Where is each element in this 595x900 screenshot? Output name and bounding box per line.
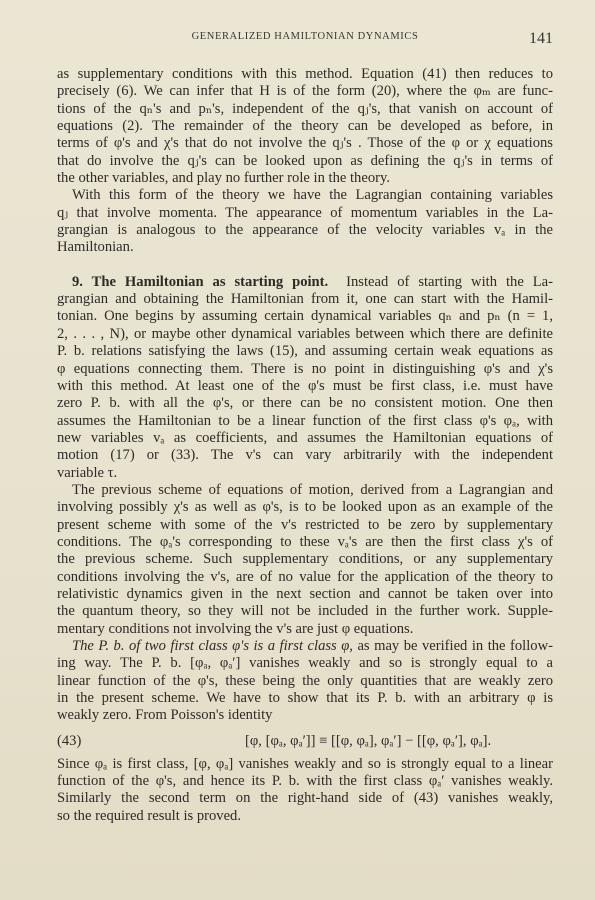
section-9: 9. The Hamiltonian as starting point. In… xyxy=(57,274,553,482)
paragraph-lagrangian-momenta: With this form of the theory we have the… xyxy=(57,187,553,256)
text-line: motion (17) or (33). The v's can vary ar… xyxy=(57,447,553,464)
text-line: qⱼ that involve momenta. The appearance … xyxy=(57,205,553,222)
text-line: zero P. b. with all the φ's, or there ca… xyxy=(57,395,553,412)
text-line: the other variables, and play no further… xyxy=(57,170,553,187)
text-line: equations (2). The remainder of the theo… xyxy=(57,118,553,135)
text-line: mentary conditions not involving the v's… xyxy=(57,621,553,638)
text-line: φ equations connecting them. There is no… xyxy=(57,361,553,378)
text-line: The previous scheme of equations of moti… xyxy=(57,482,553,499)
text-line: 2, . . . , N), or maybe other dynamical … xyxy=(57,326,553,343)
text-line: present scheme with some of the v's rest… xyxy=(57,517,553,534)
text-line: ing way. The P. b. [φₐ, φₐ′] vanishes we… xyxy=(57,655,553,672)
equation-expression: [φ, [φₐ, φₐ′]] ≡ [[φ, φₐ], φₐ′] − [[φ, φ… xyxy=(245,733,553,750)
text-line: conditions involving the v's, are of no … xyxy=(57,569,553,586)
section-heading: 9. The Hamiltonian as starting point. xyxy=(72,274,328,290)
text-line: function of the φ's, and hence its P. b.… xyxy=(57,773,553,790)
text-line: the previous scheme. Such supplementary … xyxy=(57,551,553,568)
text-line: tions of the qₙ's and pₙ's, independent … xyxy=(57,101,553,118)
text-line: Since φₐ is first class, [φ, φₐ] vanishe… xyxy=(57,756,553,773)
paragraph-pb-first-class: The P. b. of two first class φ's is a fi… xyxy=(57,638,553,725)
text-line: With this form of the theory we have the… xyxy=(57,187,553,204)
text-line: assumes the Hamiltonian to be a linear f… xyxy=(57,413,553,430)
body-text: as supplementary conditions with this me… xyxy=(57,66,553,825)
text-line: weakly zero. From Poisson's identity xyxy=(57,707,553,724)
text-line: linear function of the φ's, these being … xyxy=(57,673,553,690)
text-line: precisely (6). We can infer that H is of… xyxy=(57,83,553,100)
text-line: grangian is analogous to the appearance … xyxy=(57,222,553,239)
text-line: in the present scheme. We have to show t… xyxy=(57,690,553,707)
text-line: conditions. The φₐ's corresponding to th… xyxy=(57,534,553,551)
text-line: involving possibly χ's as well as φ's, i… xyxy=(57,499,553,516)
text-line: new variables vₐ as coefficients, and as… xyxy=(57,430,553,447)
italic-theorem-statement: The P. b. of two first class φ's is a fi… xyxy=(72,638,353,654)
section-spacer xyxy=(57,257,553,274)
text-line: the quantum theory, so they will not be … xyxy=(57,603,553,620)
text-line: The P. b. of two first class φ's is a fi… xyxy=(57,638,553,655)
equation-number: (43) xyxy=(57,733,245,750)
paragraph-previous-scheme: The previous scheme of equations of moti… xyxy=(57,482,553,638)
text-line: that do involve the qⱼ's can be looked u… xyxy=(57,153,553,170)
running-head-title: GENERALIZED HAMILTONIAN DYNAMICS xyxy=(57,31,553,42)
paragraph-continuation: as supplementary conditions with this me… xyxy=(57,66,553,187)
text-line: 9. The Hamiltonian as starting point. In… xyxy=(57,274,553,291)
text-line: tonian. One begins by assuming certain d… xyxy=(57,308,553,325)
text-line: variable τ. xyxy=(57,465,553,482)
text-line: with this method. At least one of the φ'… xyxy=(57,378,553,395)
text-line: Similarly the second term on the right-h… xyxy=(57,790,553,807)
text-line: as supplementary conditions with this me… xyxy=(57,66,553,83)
paragraph-proof: Since φₐ is first class, [φ, φₐ] vanishe… xyxy=(57,756,553,825)
equation-43: (43) [φ, [φₐ, φₐ′]] ≡ [[φ, φₐ], φₐ′] − [… xyxy=(57,731,553,753)
running-head: GENERALIZED HAMILTONIAN DYNAMICS 141 xyxy=(57,31,553,51)
text-line: P. b. relations satisfying the laws (15)… xyxy=(57,343,553,360)
text-line: Hamiltonian. xyxy=(57,239,553,256)
text-line: grangian and obtaining the Hamiltonian f… xyxy=(57,291,553,308)
book-page: GENERALIZED HAMILTONIAN DYNAMICS 141 as … xyxy=(0,0,595,900)
text-line: relativistic dynamics given in the next … xyxy=(57,586,553,603)
text-line: terms of φ's and χ's that do not involve… xyxy=(57,135,553,152)
text-line: so the required result is proved. xyxy=(57,808,553,825)
page-number: 141 xyxy=(529,30,553,48)
